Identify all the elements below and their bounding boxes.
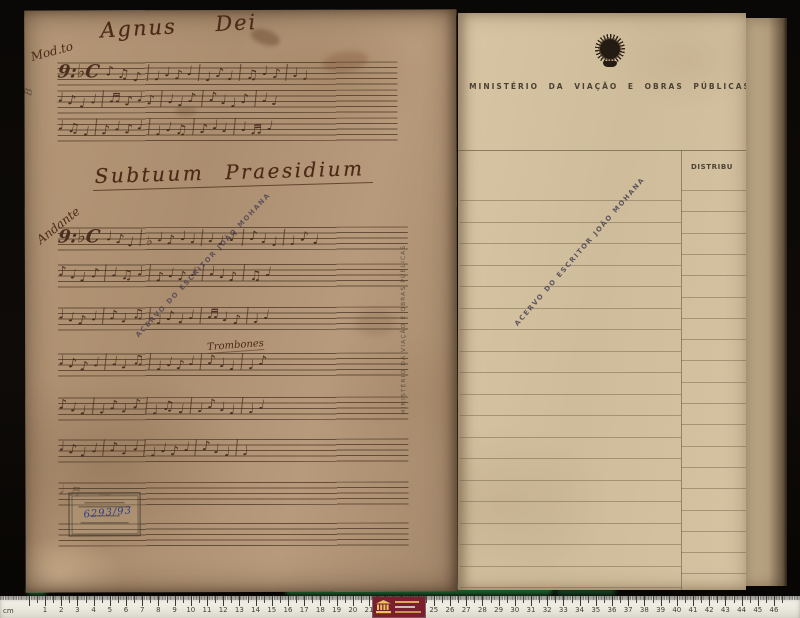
cm-tick [110,596,111,606]
table-rule-line [460,222,681,223]
half-cm-tick [588,596,589,603]
music-staff: ♪♩♩♪|♩♫♩|♪♩♪♩|♩♩♪|♫♩ [58,264,408,288]
half-cm-tick [118,596,119,603]
cm-number: 31 [527,606,536,614]
half-cm-tick [426,596,427,603]
half-cm-tick [53,596,54,603]
half-cm-tick [555,596,556,603]
half-cm-tick [296,596,297,603]
table-rule-line [681,190,746,191]
cm-number: 42 [705,606,714,614]
ministry-title: MINISTÉRIO DA VIAÇÃO E OBRAS PÚBLICAS [466,82,746,91]
handwritten-notes: 9:♭C♩♪♩|♭♩♪♩♩|♩♩♪|♪♩♩|♩♪♩ [57,228,324,251]
table-column-divider [681,150,682,590]
page-stack-edge [746,18,787,586]
cm-number: 33 [559,606,568,614]
cm-tick [320,596,321,606]
table-rule-line [460,458,681,459]
cm-number: 8 [156,606,160,614]
cm-tick [288,596,289,606]
cm-tick [337,596,338,606]
half-cm-tick [442,596,443,603]
music-staff: ♪♩♩|♩♪♩♪|♩♫♩|♩♪♩♩|♩♩ [58,397,408,421]
half-cm-tick [523,596,524,603]
cm-number: 13 [235,606,244,614]
table-rule-line [681,552,746,553]
half-cm-tick [572,596,573,603]
half-cm-tick [264,596,265,603]
handwritten-notes: 9:♭C♪♫♪|♩♩♪♩|♩♪♩|♫♩♪|♩♩ [56,63,314,86]
half-cm-tick [458,596,459,603]
handwritten-notes: ♩♫♩|♪♩♪♩|♩♩♫|♪♩♩|♩♬♩ [57,119,278,140]
emblem-core [600,39,620,59]
half-cm-tick [620,596,621,603]
cm-number: 7 [140,606,144,614]
cm-number: 40 [672,606,681,614]
bass-clef-signature: 9:♭C [57,62,101,82]
half-cm-tick [183,596,184,603]
cm-number: 17 [300,606,309,614]
cm-tick [758,596,759,606]
table-rule-line [460,351,681,352]
cm-tick [596,596,597,606]
piece-title: Agnus Dei [100,10,258,43]
ruler-unit-label: cm [3,607,14,615]
bass-clef-signature: 9:♭C [57,227,101,247]
half-cm-tick [782,596,783,603]
half-cm-tick [474,596,475,603]
handwritten-notes: ♩♪♪♩|♩♩♫|♩♩♪♩|♪♩♩|♩♪ [57,354,271,375]
archival-photo: Agnus Dei Mod.to B Subtuum Praesidium An… [0,0,800,618]
cm-number: 12 [219,606,228,614]
music-staff: ♩♩♪♩|♪♩♫|♩♪♩♩|♬♩♪|♩♩ [58,307,408,331]
table-rule-line [460,286,681,287]
half-cm-tick [701,596,702,603]
logo-text-line [395,606,415,608]
half-cm-tick [37,596,38,603]
cm-number: 3 [75,606,79,614]
table-top-line [458,150,746,151]
table-rule-line [460,329,681,330]
cm-tick [158,596,159,606]
cm-number: 27 [462,606,471,614]
table-rule-line [681,360,746,361]
half-cm-tick [280,596,281,603]
manuscript-page: Agnus Dei Mod.to B Subtuum Praesidium An… [24,9,458,592]
cm-tick [191,596,192,606]
cm-number: 19 [332,606,341,614]
half-cm-tick [167,596,168,603]
table-rule-line [681,424,746,425]
cm-tick [142,596,143,606]
cm-number: 1 [43,606,47,614]
half-cm-tick [102,596,103,603]
half-cm-tick [329,596,330,603]
half-cm-tick [150,596,151,603]
half-cm-tick [766,596,767,603]
cm-tick [256,596,257,606]
cm-number: 18 [316,606,325,614]
cm-number: 45 [753,606,762,614]
table-rule-line [681,233,746,234]
logo-text-line [395,611,421,613]
table-rule-line [681,318,746,319]
table-rule-line [681,254,746,255]
cm-tick [304,596,305,606]
handwritten-notes: ♪♩♩|♩♪♩♪|♩♫♩|♩♪♩♩|♩♩ [57,398,269,419]
cm-number: 41 [689,606,698,614]
cm-number: 28 [478,606,487,614]
cm-tick [207,596,208,606]
half-cm-tick [653,596,654,603]
half-cm-tick [199,596,200,603]
cm-tick [434,596,435,606]
cm-number: 32 [543,606,552,614]
cm-number: 4 [91,606,95,614]
cm-tick [644,596,645,606]
table-rule-line [681,403,746,404]
cm-tick [563,596,564,606]
cm-tick [709,596,710,606]
cm-number: 20 [348,606,357,614]
cm-tick [725,596,726,606]
cm-tick [547,596,548,606]
half-cm-tick [312,596,313,603]
half-cm-tick [539,596,540,603]
stamp-text-line [81,522,129,523]
cm-tick [482,596,483,606]
cm-tick [580,596,581,606]
cm-number: 9 [172,606,176,614]
cm-tick [531,596,532,606]
table-rule-line [681,297,746,298]
handwritten-notes: ♪♩♩♪|♩♫♩|♪♩♪♩|♩♩♪|♫♩ [57,265,277,286]
cm-number: 26 [446,606,455,614]
cm-number: 16 [284,606,293,614]
cm-tick [742,596,743,606]
table-rule-line [681,488,746,489]
cm-tick [466,596,467,606]
cm-number: 14 [251,606,260,614]
music-staff: ♩♪♪♩|♩♩♫|♩♩♪♩|♪♩♩|♩♪ [58,353,408,377]
table-rule-line [460,523,681,524]
half-cm-tick [69,596,70,603]
cm-tick [693,596,694,606]
handwritten-notes: ♩♪♩♩|♬♪♩♪|♩♩♪|♪♩♩♪|♩♩ [56,91,282,112]
table-rule-line [460,566,681,567]
table-rule-line [460,480,681,481]
table-rule-line [460,587,681,588]
table-rule-line [681,467,746,468]
cm-tick [369,596,370,606]
music-staff: ♩♫♩|♪♩♪♩|♩♩♫|♪♩♩|♩♬♩ [58,118,398,142]
cm-tick [45,596,46,606]
cm-number: 35 [591,606,600,614]
table-rule-line [681,573,746,574]
cm-number: 29 [494,606,503,614]
cm-tick [77,596,78,606]
tempo-marking: Mod.to [29,39,74,64]
cm-number: 11 [203,606,212,614]
cm-number: 25 [429,606,438,614]
stamp-text-line [85,502,125,503]
collection-stamp: ACERVO DO ESCRITOR JOÃO MOHANA [513,176,647,328]
cm-tick [661,596,662,606]
cm-tick [272,596,273,606]
measuring-ruler: cm 1234567891011121314151617181920212223… [0,596,800,618]
archive-logo [373,597,425,617]
cm-tick [175,596,176,606]
half-cm-tick [717,596,718,603]
cm-number: 39 [656,606,665,614]
emblem-banner [603,61,617,67]
cm-number: 36 [608,606,617,614]
half-cm-tick [215,596,216,603]
half-cm-tick [248,596,249,603]
table-rule-line [460,243,681,244]
table-rule-line [681,211,746,212]
cm-tick [774,596,775,606]
half-cm-tick [491,596,492,603]
cm-tick [94,596,95,606]
handwritten-notes: ♩♪♩♩|♪♩♩|♩♩♪♩|♪♩♩|♩ [57,440,253,461]
logo-text-line [395,601,419,603]
cm-tick [612,596,613,606]
table-rule-line [681,339,746,340]
half-cm-tick [134,596,135,603]
cm-tick [450,596,451,606]
half-cm-tick [734,596,735,603]
table-rule-line [681,531,746,532]
half-cm-tick [685,596,686,603]
table-rule-line [460,415,681,416]
half-cm-tick [231,596,232,603]
half-cm-tick [361,596,362,603]
half-cm-tick [604,596,605,603]
cm-tick [677,596,678,606]
half-cm-tick [507,596,508,603]
cm-number: 10 [186,606,195,614]
half-cm-tick [345,596,346,603]
cm-number: 15 [267,606,276,614]
archive-building-icon [376,600,391,614]
cm-number: 37 [624,606,633,614]
cm-tick [515,596,516,606]
cm-number: 30 [510,606,519,614]
spine-ministry-text: MINISTÉRIO DA VIAÇÃO E OBRAS PÚBLICAS [401,230,407,415]
ministry-form-page: MINISTÉRIO DA VIAÇÃO E OBRAS PÚBLICAS DI… [458,13,746,590]
half-cm-tick [669,596,670,603]
cm-number: 43 [721,606,730,614]
table-rule-line [681,382,746,383]
table-rule-line [460,308,681,309]
table-column-header: DISTRIBU [691,163,733,171]
cm-tick [499,596,500,606]
cm-tick [29,596,30,606]
table-rule-line [460,372,681,373]
table-rule-line [460,544,681,545]
music-staff: 9:♭C♪♫♪|♩♩♪♩|♩♪♩|♫♩♪|♩♩ [57,62,397,86]
cm-tick [223,596,224,606]
cm-number: 34 [575,606,584,614]
half-cm-tick [86,596,87,603]
music-staff: ♩♪♩♩|♪♩♩|♩♩♪♩|♪♩♩|♩ [58,439,408,463]
table-rule-line [460,501,681,502]
cm-tick [628,596,629,606]
cm-number: 38 [640,606,649,614]
table-rule-line [681,275,746,276]
table-rule-line [681,446,746,447]
music-staff: ♩♪♩♩|♬♪♩♪|♩♩♪|♪♩♩♪|♩♩ [57,90,397,114]
cm-number: 46 [770,606,779,614]
cm-tick [239,596,240,606]
table-rule-line [681,510,746,511]
cm-tick [61,596,62,606]
cm-number: 44 [737,606,746,614]
table-rule-line [460,200,681,201]
coat-of-arms-icon [595,34,625,70]
cm-tick [353,596,354,606]
half-cm-tick [636,596,637,603]
catalog-stamp-box: 6293/93 [69,492,141,536]
cm-number: 2 [59,606,63,614]
table-rule-line [460,437,681,438]
cm-number: 5 [108,606,112,614]
cm-number: 6 [124,606,128,614]
table-rule-line [460,394,681,395]
cm-tick [126,596,127,606]
margin-annotation: B [24,87,35,96]
half-cm-tick [750,596,751,603]
section-title: Subtuum Praesidium [92,156,373,191]
